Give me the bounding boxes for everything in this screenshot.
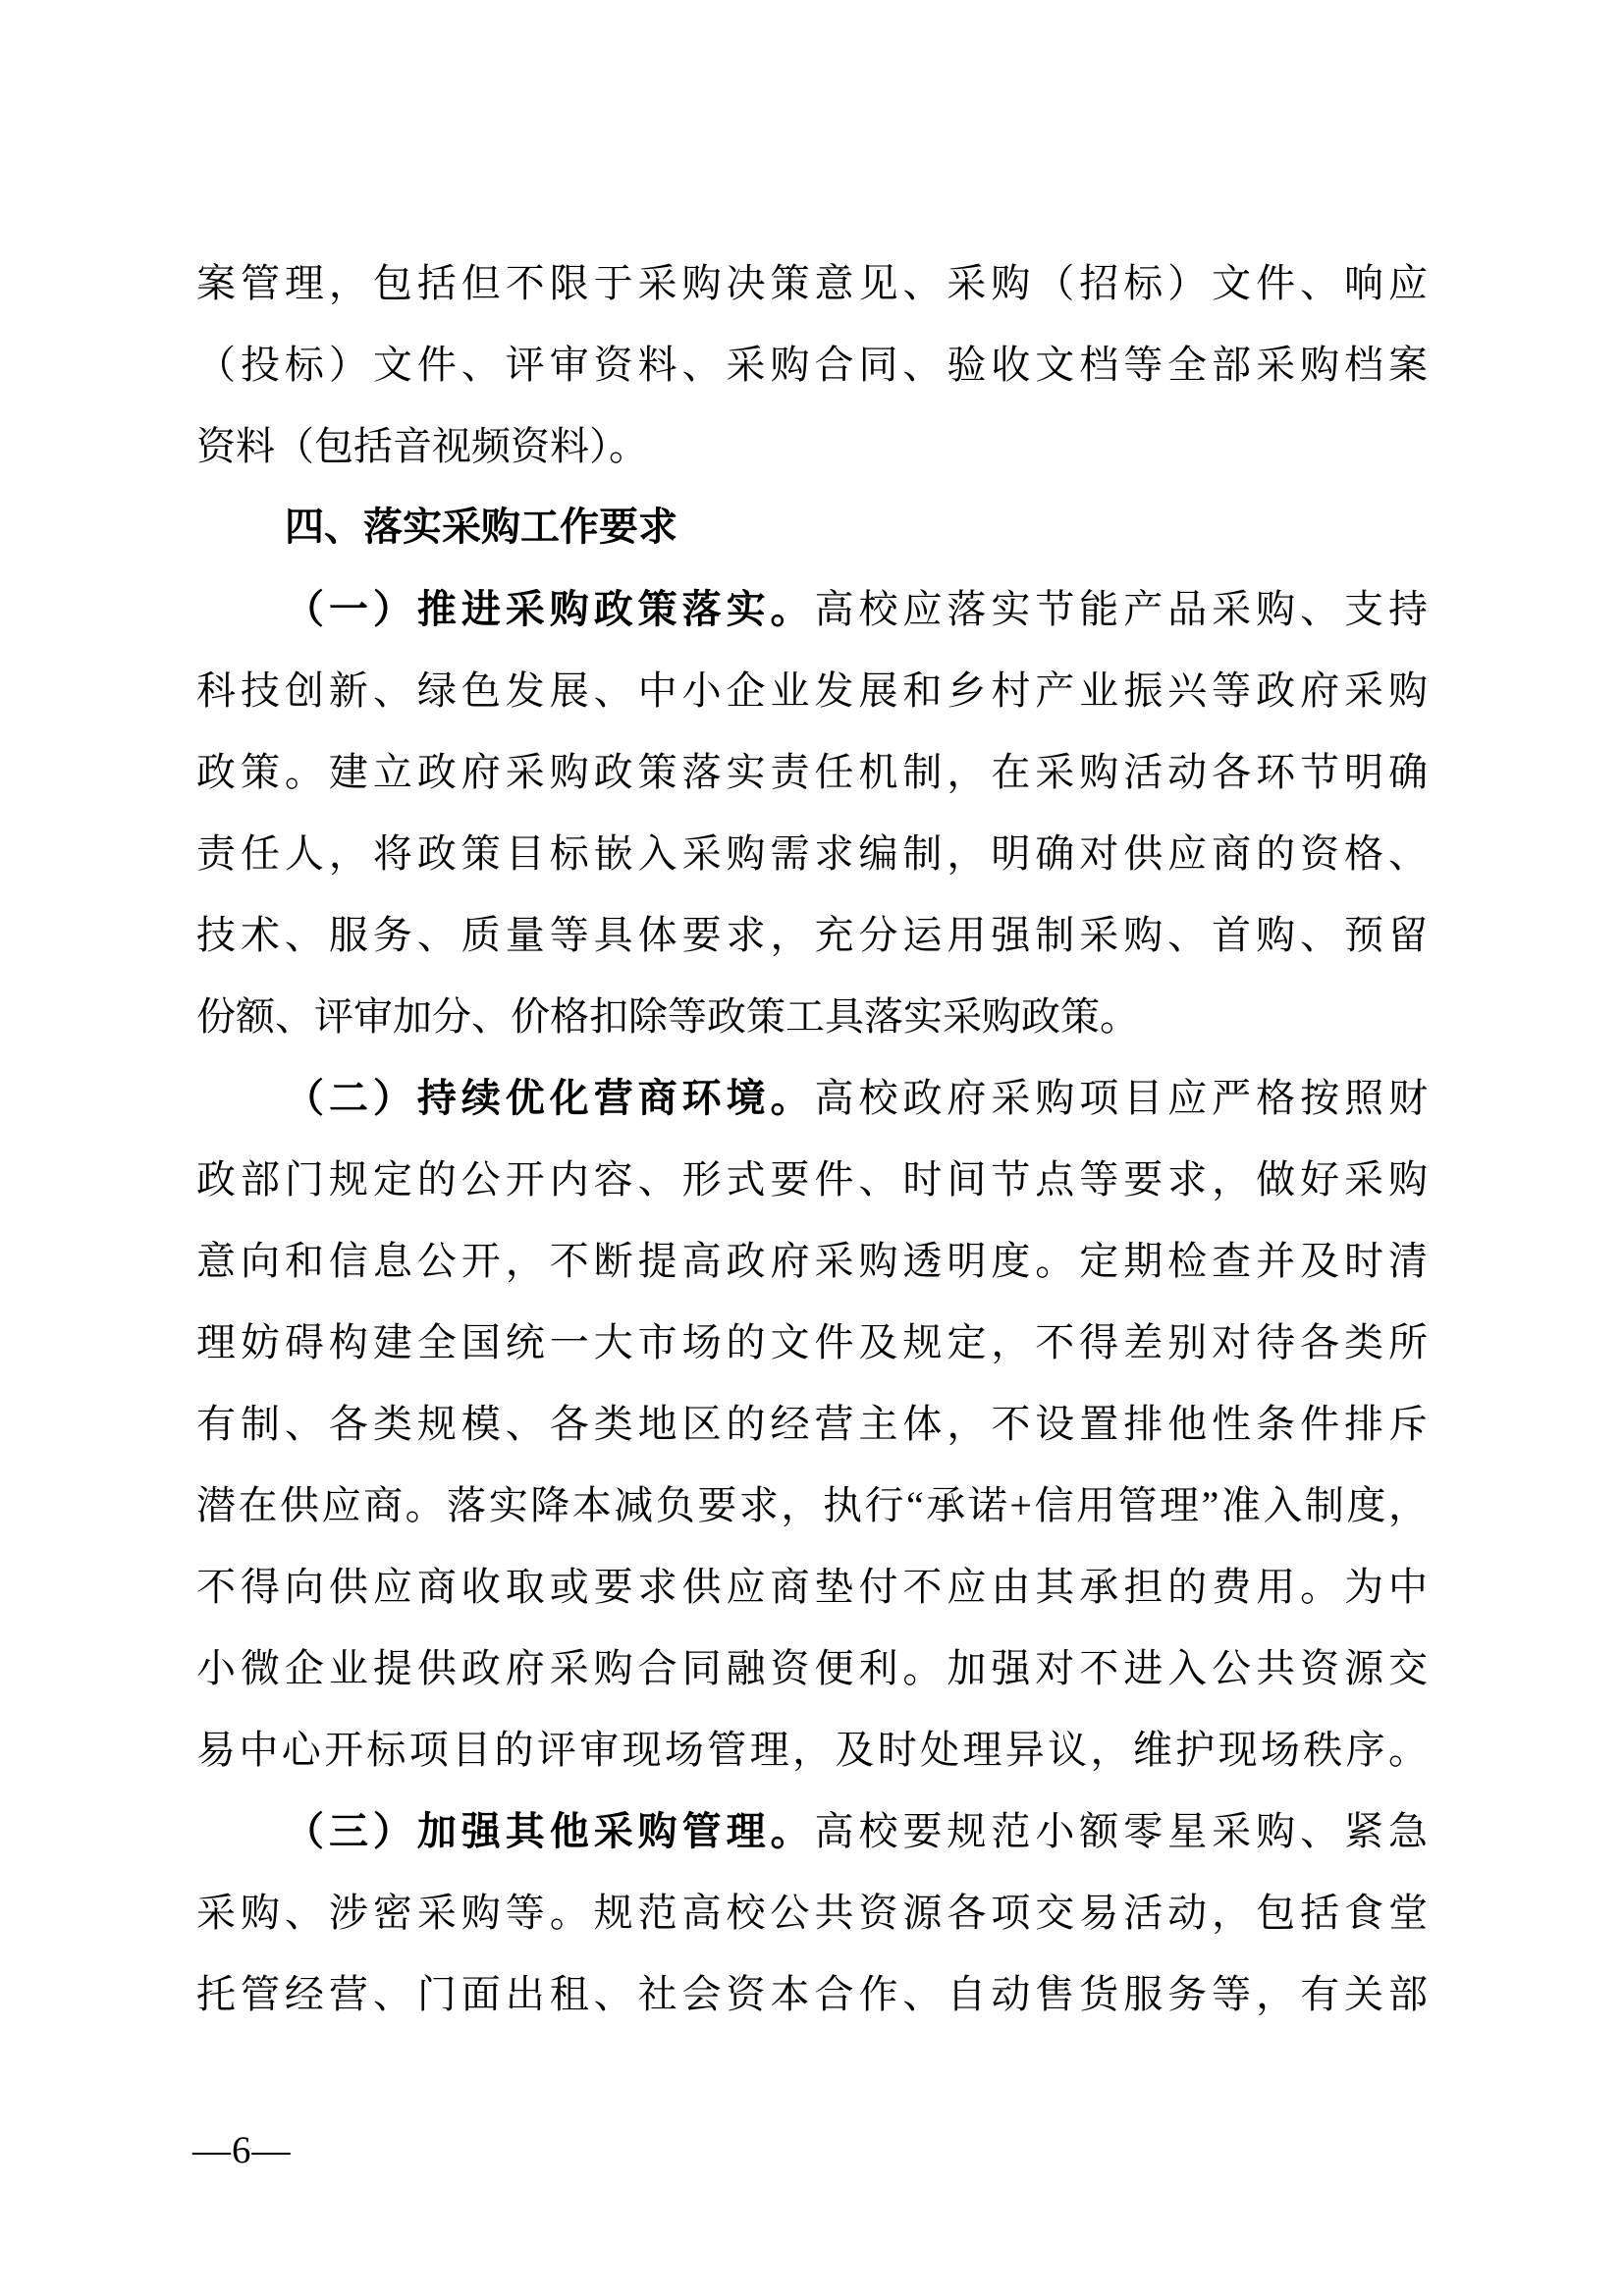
text-run: 高校要规范小额零星采购、紧急 [815,1809,1428,1853]
text-line: 易中心开标项目的评审现场管理，及时处理异议，维护现场秩序。 [196,1709,1428,1790]
text-line: 政策。建立政府采购政策落实责任机制，在采购活动各环节明确 [196,731,1428,813]
text-run: 高校应落实节能产品采购、支持 [815,587,1428,631]
clause-heading: （二）持续优化营商环境。 [285,1076,815,1120]
text-line: 小微企业提供政府采购合同融资便利。加强对不进入公共资源交 [196,1628,1428,1709]
text-line: 责任人，将政策目标嵌入采购需求编制，明确对供应商的资格、 [196,813,1428,894]
text-line: 采购、涉密采购等。规范高校公共资源各项交易活动，包括食堂 [196,1872,1428,1953]
text-line: 案管理，包括但不限于采购决策意见、采购（招标）文件、响应 [196,242,1428,324]
text-line: 不得向供应商收取或要求供应商垫付不应由其承担的费用。为中 [196,1546,1428,1628]
text-line: 科技创新、绿色发展、中小企业发展和乡村产业振兴等政府采购 [196,650,1428,731]
text-line: 份额、评审加分、价格扣除等政策工具落实采购政策。 [196,976,1428,1057]
text-line: 政部门规定的公开内容、形式要件、时间节点等要求，做好采购 [196,1139,1428,1220]
section-heading: 四、落实采购工作要求 [196,487,1428,568]
text-run: 高校政府采购项目应严格按照财 [815,1076,1428,1120]
clause-heading: （三）加强其他采购管理。 [285,1809,815,1853]
text-line: 意向和信息公开，不断提高政府采购透明度。定期检查并及时清 [196,1220,1428,1302]
page-number: —6— [192,2130,292,2171]
text-line: 理妨碍构建全国统一大市场的文件及规定，不得差别对待各类所 [196,1302,1428,1383]
text-line: 有制、各类规模、各类地区的经营主体，不设置排他性条件排斥 [196,1383,1428,1465]
document-page: 案管理，包括但不限于采购决策意见、采购（招标）文件、响应 （投标）文件、评审资料… [0,0,1624,2296]
text-line: 技术、服务、质量等具体要求，充分运用强制采购、首购、预留 [196,894,1428,976]
clause-heading: （一）推进采购政策落实。 [285,587,815,631]
text-line: （投标）文件、评审资料、采购合同、验收文档等全部采购档案 [196,324,1428,405]
document-body: 案管理，包括但不限于采购决策意见、采购（招标）文件、响应 （投标）文件、评审资料… [196,242,1428,2035]
text-line: （一）推进采购政策落实。高校应落实节能产品采购、支持 [196,568,1428,650]
text-line: （二）持续优化营商环境。高校政府采购项目应严格按照财 [196,1057,1428,1139]
text-line: 潜在供应商。落实降本减负要求，执行“承诺+信用管理”准入制度， [196,1465,1428,1546]
text-line: 托管经营、门面出租、社会资本合作、自动售货服务等，有关部 [196,1953,1428,2035]
text-line: （三）加强其他采购管理。高校要规范小额零星采购、紧急 [196,1790,1428,1872]
text-line: 资料（包括音视频资料）。 [196,405,1428,487]
